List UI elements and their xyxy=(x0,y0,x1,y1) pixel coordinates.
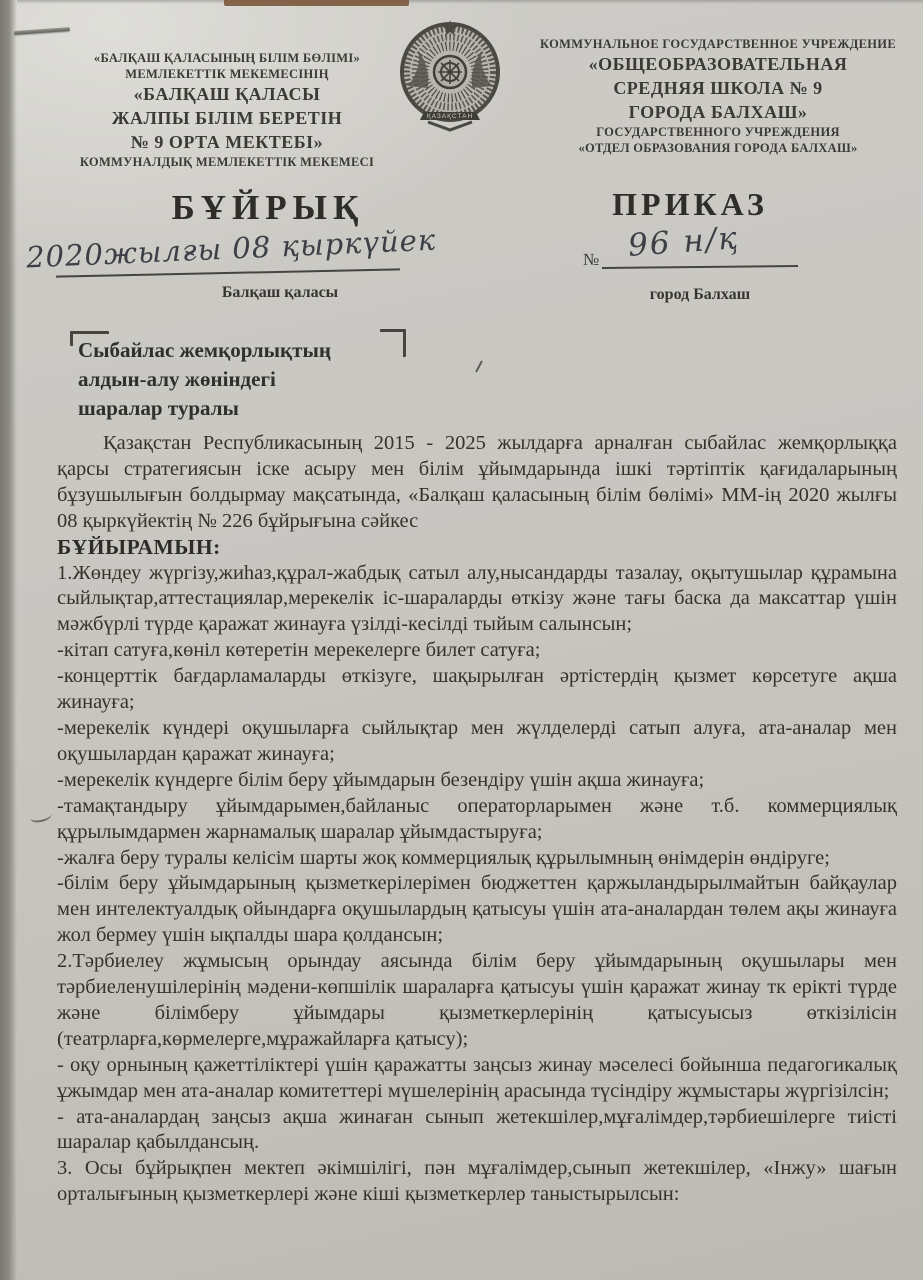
scanned-order-document: «БАЛҚАШ ҚАЛАСЫНЫҢ БІЛІМ БӨЛІМІ» МЕМЛЕКЕТ… xyxy=(0,0,923,1280)
pen-tick-mark xyxy=(475,360,483,372)
order-item: - ата-аналардаң заңсыз ақша жинаған сыны… xyxy=(57,1105,897,1157)
subject-line: алдын-алу жөніндегі xyxy=(78,365,408,394)
subject-line: шаралар туралы xyxy=(78,394,408,423)
city-label-russian: город Балхаш xyxy=(610,286,790,304)
subject-line: Сыбайлас жемқорлықтың xyxy=(78,336,408,365)
scan-edge-shadow xyxy=(0,0,17,1280)
order-title-kazakh: БҰЙРЫҚ xyxy=(118,188,418,228)
org-block-kazakh: «БАЛҚАШ ҚАЛАСЫНЫҢ БІЛІМ БӨЛІМІ» МЕМЛЕКЕТ… xyxy=(60,50,394,170)
paper-scratch-mark xyxy=(29,809,52,824)
order-body: Қазақстан Республикасының 2015 - 2025 жы… xyxy=(57,431,897,1208)
org-line: «БАЛҚАШ ҚАЛАСЫ xyxy=(60,82,394,106)
org-line: ГОСУДАРСТВЕННОГО УЧРЕЖДЕНИЯ xyxy=(528,124,908,140)
org-line: КОММУНАЛДЫҚ МЕМЛЕКЕТТІК МЕКЕМЕСІ xyxy=(60,154,394,170)
order-item: -тамақтандыру ұйымдарымен,байланыс опера… xyxy=(57,794,897,846)
order-item: 3. Осы бұйрықпен мектеп әкімшілігі, пән … xyxy=(57,1156,897,1208)
order-item: 2.Тәрбиелеу жұмысың орындау аясында білі… xyxy=(57,949,897,1053)
scan-top-shade xyxy=(17,0,923,4)
desk-edge-strip xyxy=(224,0,409,6)
number-underline xyxy=(602,265,798,269)
org-line: МЕМЛЕКЕТТІК МЕКЕМЕСІНІҢ xyxy=(60,66,394,82)
org-line: СРЕДНЯЯ ШКОЛА № 9 xyxy=(528,76,908,100)
kazakhstan-coat-of-arms-icon: ҚАЗАҚСТАН xyxy=(394,16,506,138)
intro-paragraph: Қазақстан Республикасының 2015 - 2025 жы… xyxy=(57,431,897,535)
order-item: -мерекелік күндерге білім беру ұйымдарын… xyxy=(57,768,897,794)
org-line: «ОТДЕЛ ОБРАЗОВАНИЯ ГОРОДА БАЛХАШ» xyxy=(528,140,908,156)
order-item: -мерекелік күндері оқушыларға сыйлықтар … xyxy=(57,716,897,768)
order-item: -жалға беру туралы келісім шарты жоқ ком… xyxy=(57,846,897,872)
org-line: ГОРОДА БАЛХАШ» xyxy=(528,100,908,124)
staple-mark xyxy=(14,27,70,35)
org-line: № 9 ОРТА МЕКТЕБІ» xyxy=(60,130,394,154)
handwritten-date: 2020жылғы 08 қыркүйек xyxy=(25,224,416,275)
order-item: 1.Жөндеу жүргізу,жиһаз,құрал-жабдық саты… xyxy=(57,561,897,639)
handwritten-order-number: 96 н/қ xyxy=(627,220,740,264)
city-label-kazakh: Балқаш қаласы xyxy=(180,284,380,302)
emblem-banner-text: ҚАЗАҚСТАН xyxy=(427,113,473,120)
org-block-russian: КОММУНАЛЬНОЕ ГОСУДАРСТВЕННОЕ УЧРЕЖДЕНИЕ … xyxy=(528,36,908,156)
order-number-label: № xyxy=(583,250,599,270)
order-item: - оқу орнының қажеттіліктері үшін қаража… xyxy=(57,1053,897,1105)
decree-word: БҰЙЫРАМЫН: xyxy=(57,535,897,561)
order-subject: Сыбайлас жемқорлықтың алдын-алу жөніндег… xyxy=(78,336,408,423)
order-item: -кітап сатуға,көніл көтеретін мерекелерг… xyxy=(57,638,897,664)
order-item: -білім беру ұйымдарының қызметкерілеріме… xyxy=(57,871,897,949)
org-line: «БАЛҚАШ ҚАЛАСЫНЫҢ БІЛІМ БӨЛІМІ» xyxy=(60,50,394,66)
org-line: КОММУНАЛЬНОЕ ГОСУДАРСТВЕННОЕ УЧРЕЖДЕНИЕ xyxy=(528,36,908,52)
order-item: -концерттік бағдарламаларды өткізуге, ша… xyxy=(57,664,897,716)
org-line: «ОБЩЕОБРАЗОВАТЕЛЬНАЯ xyxy=(528,52,908,76)
org-line: ЖАЛПЫ БІЛІМ БЕРЕТІН xyxy=(60,106,394,130)
order-title-russian: ПРИКАЗ xyxy=(585,186,795,223)
